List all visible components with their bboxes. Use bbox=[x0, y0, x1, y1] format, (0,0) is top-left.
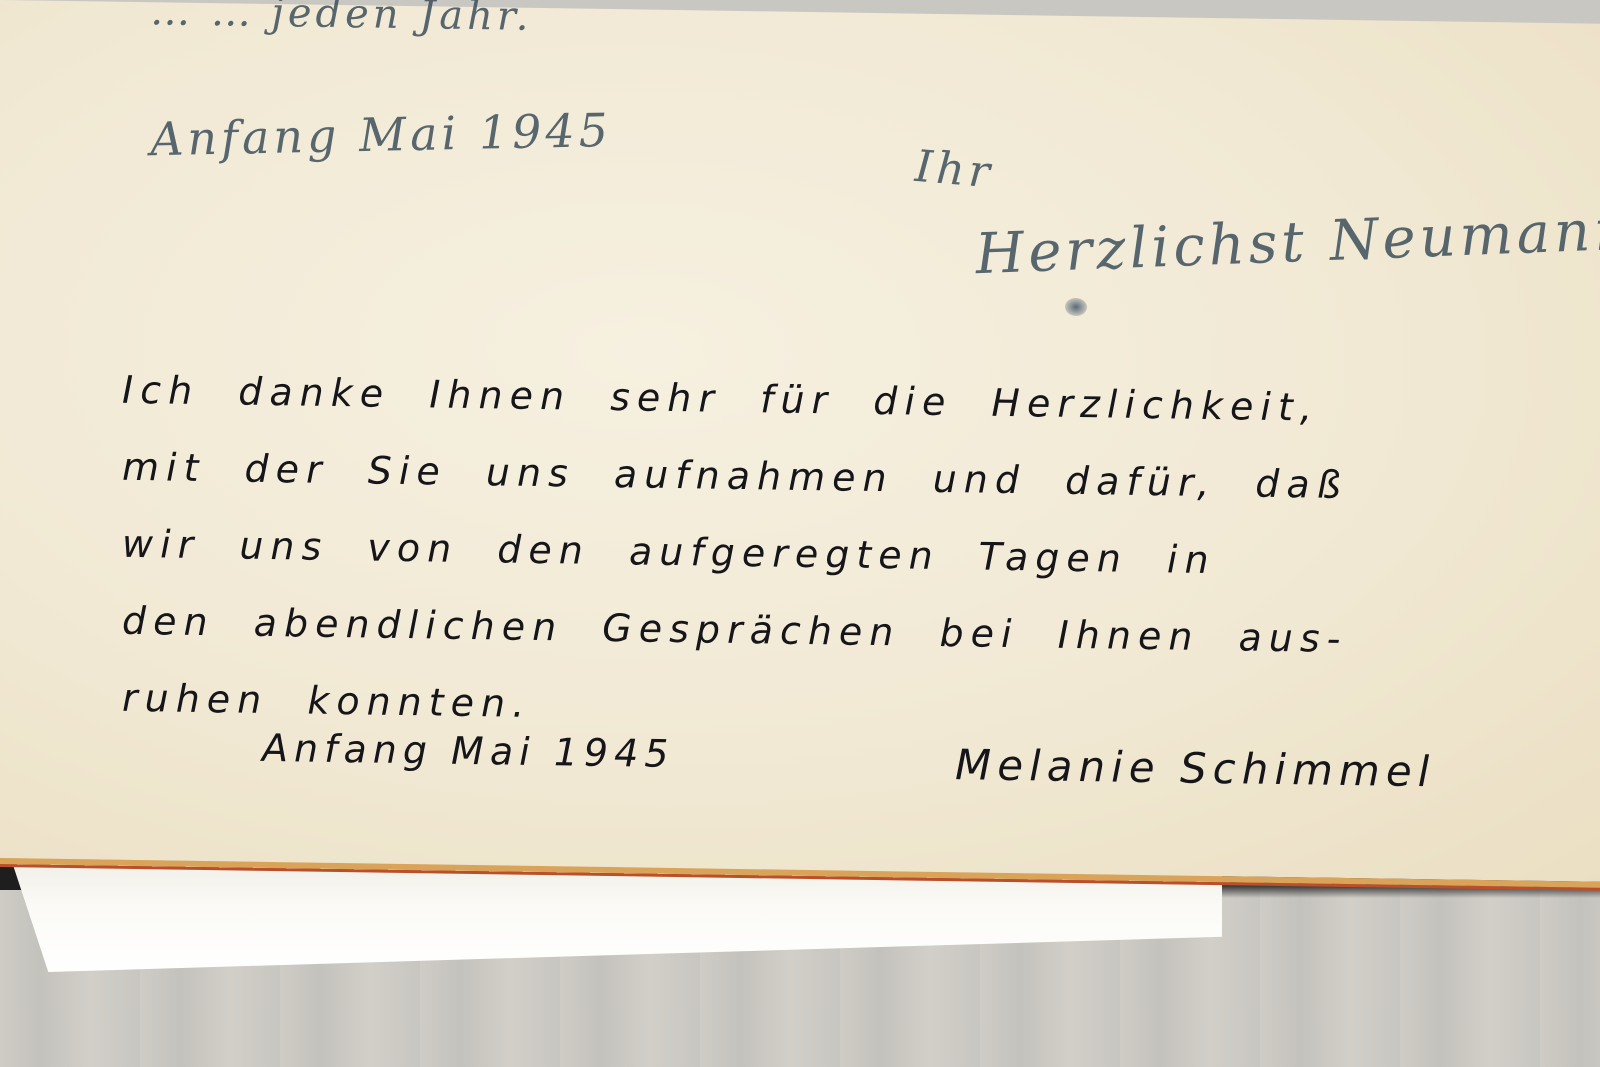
entry-1-signature: Herzlichst Neumann. bbox=[974, 197, 1600, 288]
entry-1-top-line: … … jeden Jahr. bbox=[150, 0, 532, 40]
guestbook-page: … … jeden Jahr. Anfang Mai 1945 Ihr Herz… bbox=[0, 0, 1600, 888]
entry-2-date: Anfang Mai 1945 bbox=[262, 726, 674, 776]
entry-2-message: Ich danke Ihnen sehr für die Herzlichkei… bbox=[122, 352, 1452, 757]
entry-1-date: Anfang Mai 1945 bbox=[149, 103, 613, 166]
ink-blot bbox=[1065, 298, 1087, 316]
entry-2-signature: Melanie Schimmel bbox=[955, 740, 1435, 796]
entry-1-closing: Ihr bbox=[913, 141, 995, 198]
